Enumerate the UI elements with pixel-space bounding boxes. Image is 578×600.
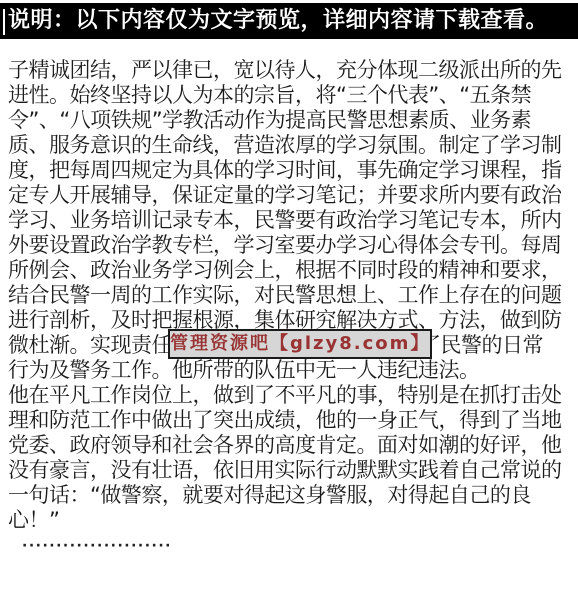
- preview-notice-banner: 说明：以下内容仅为文字预览，详细内容请下载查看。: [0, 3, 578, 39]
- text-line: 没有豪言，没有壮语，依旧用实际行动默默实践着自己常说的: [8, 458, 578, 483]
- text-line: 定专人开展辅导，保证定量的学习笔记；并要求所内要有政治: [8, 183, 578, 208]
- text-line: 进性。始终坚持以人为本的宗旨，将“三个代表”、“五条禁: [8, 83, 578, 108]
- text-line: 理和防范工作中做出了突出成绩，他的一身正气，得到了当地: [8, 408, 578, 433]
- text-line: 一句话：“做警察，就要对得起这身警服，对得起自己的良: [8, 483, 578, 508]
- text-line: 子精诚团结，严以律已，宽以待人，充分体现二级派出所的先: [8, 58, 578, 83]
- text-line: 质、服务意识的生命线，营造浓厚的学习氛围。制定了学习制: [8, 133, 578, 158]
- text-line: 心！”: [8, 508, 578, 533]
- document-body: 子精诚团结，严以律已，宽以待人，充分体现二级派出所的先进性。始终坚持以人为本的宗…: [0, 58, 578, 552]
- text-line: 结合民警一周的工作实际，对民警思想上、工作上存在的问题: [8, 283, 578, 308]
- text-line: 他在平凡工作岗位上，做到了不平凡的事，特别是在抓打击处: [8, 383, 578, 408]
- lines-container: 子精诚团结，严以律已，宽以待人，充分体现二级派出所的先进性。始终坚持以人为本的宗…: [8, 58, 578, 533]
- text-line: 学习、业务培训记录专本，民警要有政治学习笔记专本，所内: [8, 208, 578, 233]
- preview-notice-text: 说明：以下内容仅为文字预览，详细内容请下载查看。: [8, 8, 548, 33]
- watermark-box: 管理资源吧【glzy8.com】: [168, 329, 432, 359]
- text-line: 外要设置政治学教专栏，学习室要办学习心得体会专刊。每周: [8, 233, 578, 258]
- text-cursor-icon: [3, 9, 5, 35]
- text-line: 党委、政府领导和社会各界的高度肯定。面对如潮的好评，他: [8, 433, 578, 458]
- text-line: 所例会、政治业务学习例会上，根据不同时段的精神和要求，: [8, 258, 578, 283]
- text-line: 度，把每周四规定为具体的学习时间，事先确定学习课程，指: [8, 158, 578, 183]
- text-line-fragment: 了民警的日常: [420, 333, 543, 358]
- document-preview-page: 说明：以下内容仅为文字预览，详细内容请下载查看。 子精诚团结，严以律已，宽以待人…: [0, 0, 578, 600]
- text-line: 令”、“八项铁规”学教活动作为提高民警思想素质、业务素: [8, 108, 578, 133]
- ellipsis-row: ······················: [8, 540, 578, 552]
- watermark-text: 管理资源吧【glzy8.com】: [170, 333, 430, 354]
- text-line: 行为及警务工作。他所带的队伍中无一人违纪违法。: [8, 358, 578, 383]
